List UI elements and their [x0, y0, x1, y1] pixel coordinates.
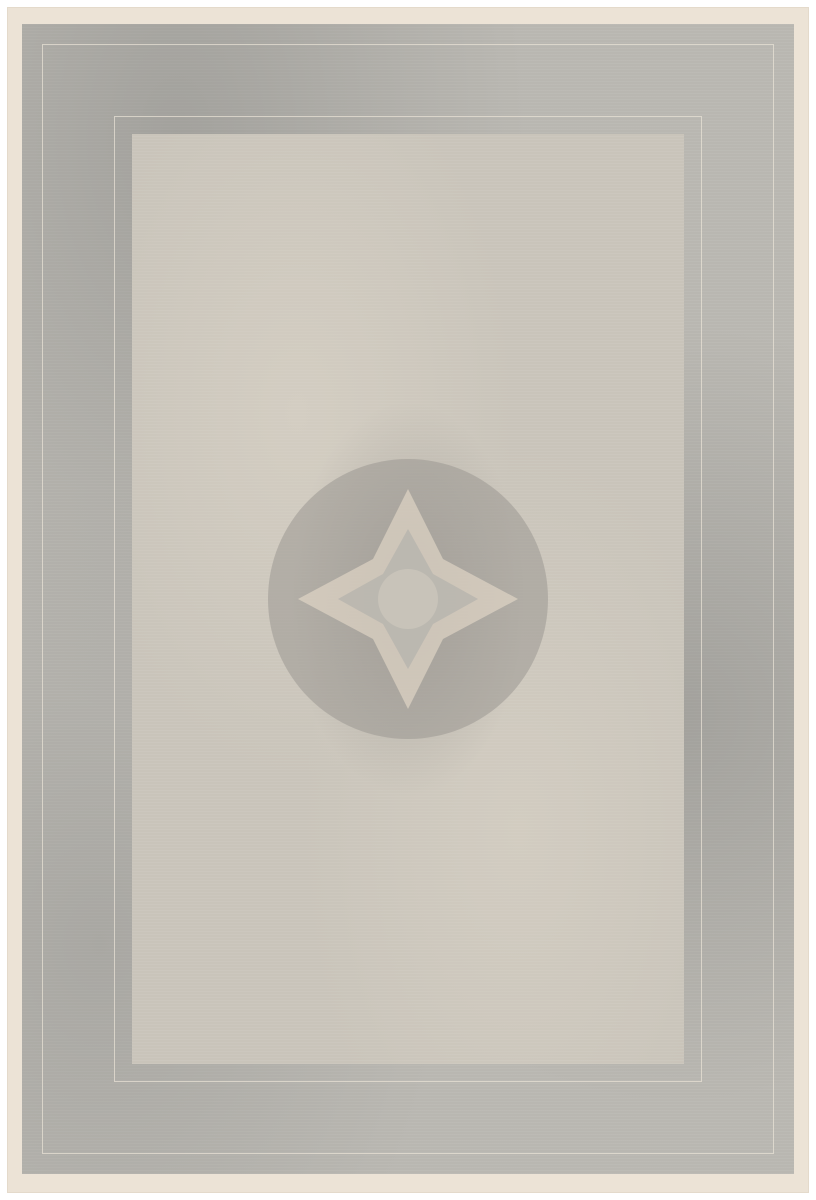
medallion-icon — [258, 449, 558, 749]
rug-field — [132, 134, 684, 1064]
rug-border — [22, 24, 794, 1174]
rug — [8, 8, 808, 1192]
